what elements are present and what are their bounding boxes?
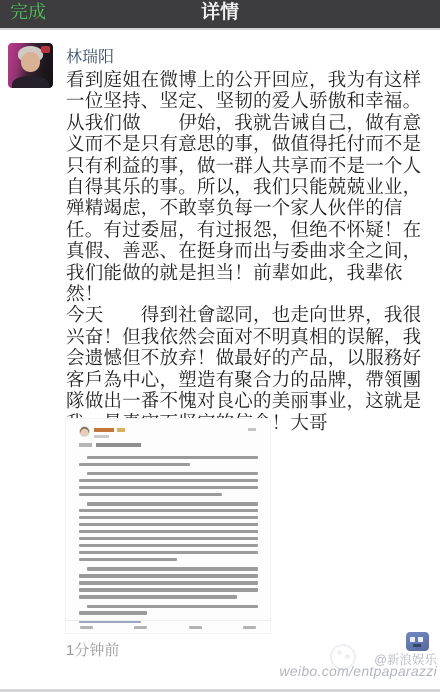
embedded-paragraph [79, 567, 258, 598]
embedded-comment-icon [134, 626, 147, 629]
embedded-paragraph [79, 605, 258, 615]
embedded-text-lines [79, 456, 258, 615]
embedded-post-content [66, 419, 270, 633]
post-paragraph: 从我们做 伊始，我就告诫自己，做有意义而不是只有意思的事，做值得托付而不是只有利… [66, 112, 432, 305]
post-paragraph: 今天 得到社會認同，也走向世界，我很兴奋！但我依然会面对不明真相的误解，我会遗憾… [66, 304, 432, 432]
embedded-title-bar [96, 443, 141, 447]
avatar-body-shape [12, 76, 49, 88]
top-nav-bar: 完成 详情 [0, 0, 440, 30]
sina-ent-logo-icon [406, 632, 429, 651]
embedded-paragraph [79, 456, 258, 466]
embedded-more-icon [248, 428, 256, 431]
embedded-meta-bar [94, 435, 109, 438]
avatar-face-shape [21, 52, 40, 72]
avatar-logo-badge [41, 46, 50, 53]
embedded-source-bar [79, 443, 92, 447]
embedded-author-name-bar [94, 428, 114, 432]
embedded-paragraph [79, 472, 258, 496]
page-title: 详情 [0, 0, 440, 24]
embedded-vip-badge [117, 428, 125, 432]
embedded-share-icon [243, 626, 256, 629]
embedded-post-image[interactable] [65, 418, 271, 634]
embedded-like-icon [189, 626, 202, 629]
author-name[interactable]: 林瑞阳 [66, 44, 114, 67]
embedded-action-bar [66, 620, 270, 633]
embedded-post-header [79, 426, 258, 450]
embedded-paragraph [79, 502, 258, 561]
post-body-text: 看到庭姐在微博上的公开回应，我为有这样一位坚持、坚定、坚韧的爱人骄傲和幸福。从我… [66, 69, 432, 433]
avatar[interactable] [8, 43, 53, 88]
post-timestamp: 1分钟前 [66, 639, 119, 660]
post-paragraph: 看到庭姐在微博上的公开回应，我为有这样一位坚持、坚定、坚韧的爱人骄傲和幸福。 [66, 69, 432, 112]
embedded-avatar [79, 426, 90, 437]
embedded-repost-icon [80, 626, 93, 629]
watermark-url: weibo.com/entpaparazzi [279, 663, 437, 679]
weibo-detail-screen: 完成 详情 林瑞阳 看到庭姐在微博上的公开回应，我为有这样一位坚持、坚定、坚韧的… [0, 0, 440, 692]
